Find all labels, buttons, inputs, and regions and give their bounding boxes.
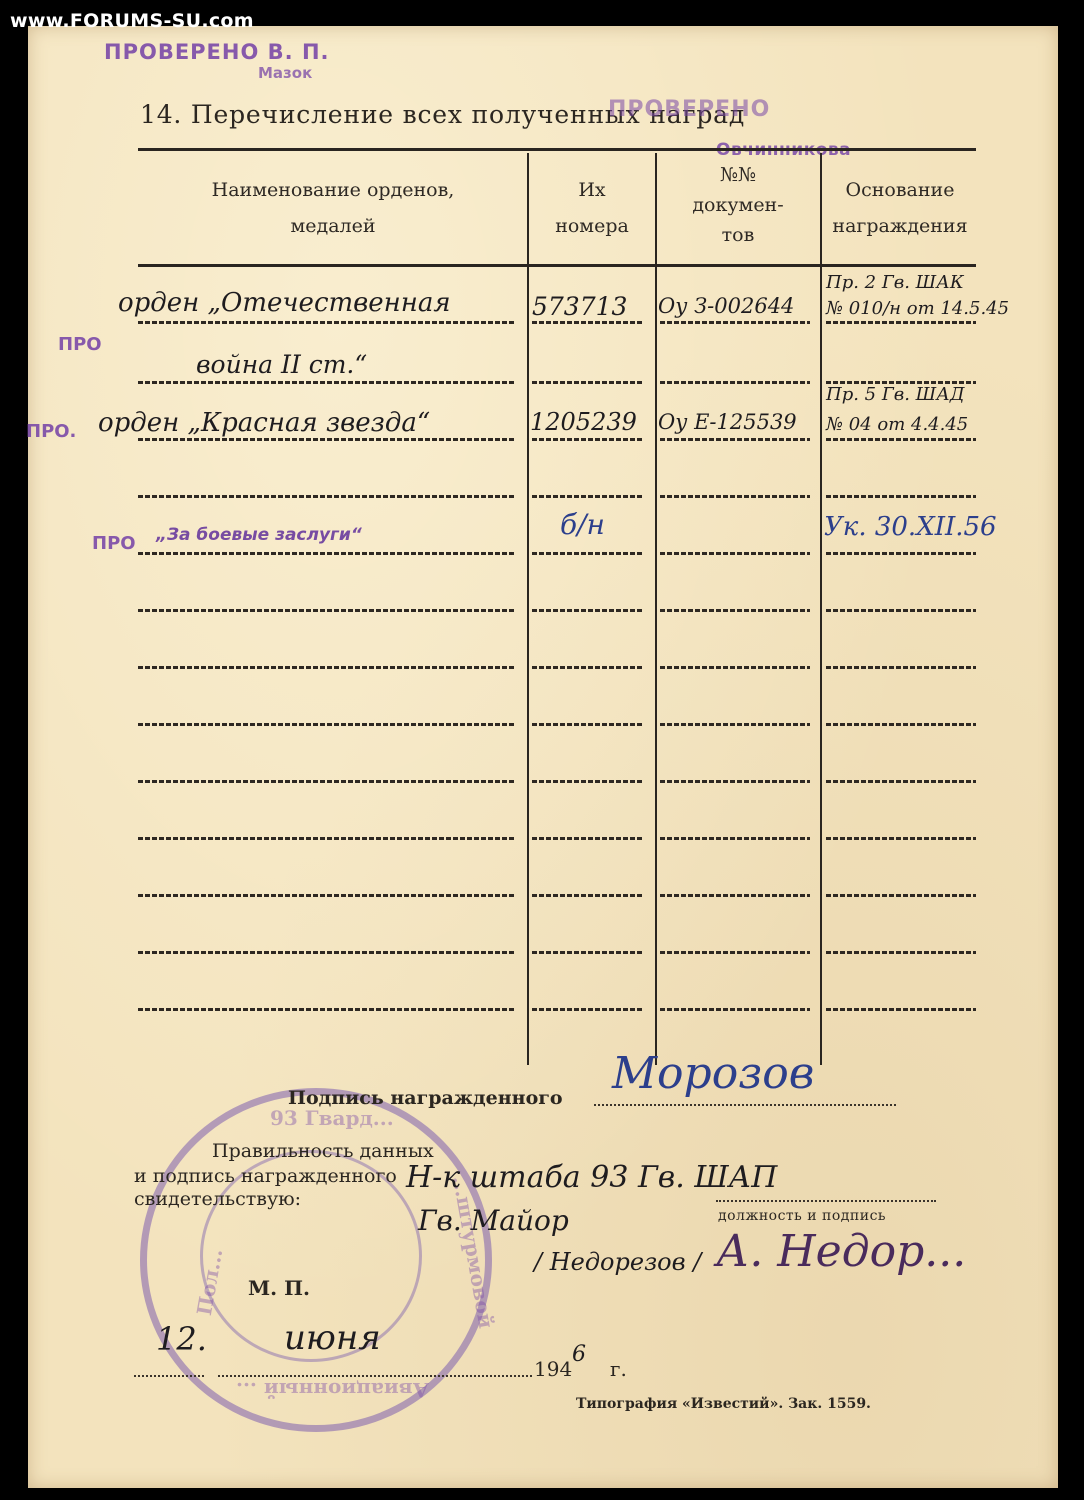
recipient-signature-line — [594, 1104, 896, 1106]
officer-position-line2: Гв. Майор — [418, 1204, 569, 1237]
header-award-number-line2: номера — [530, 208, 654, 244]
award-2-name: орден „Красная звезда“ — [98, 408, 430, 438]
award-2-basis-line2: № 04 от 4.4.45 — [826, 414, 968, 435]
date-month: июня — [284, 1318, 381, 1358]
verified-stamp-right: ПРОВЕРЕНО — [608, 97, 770, 122]
award-1-name: орден „Отечественная — [118, 288, 451, 318]
officer-signature: А. Недор... — [716, 1226, 966, 1277]
recipient-signature: Морозов — [612, 1048, 814, 1099]
officer-position-line — [716, 1200, 936, 1202]
verified-stamp-left-name: Мазок — [258, 64, 312, 82]
award-2-document: Оу Е-125539 — [658, 410, 797, 434]
award-3-name-stamp: „За боевые заслуги“ — [156, 525, 362, 545]
margin-stamp-2: ПРО. — [26, 421, 76, 442]
award-1-name-continued: война II ст.“ — [196, 350, 367, 379]
award-3-number: б/н — [560, 508, 605, 541]
round-seal-top-text: 93 Гвард... — [270, 1106, 394, 1130]
award-1-document: Оу З-002644 — [658, 294, 794, 318]
verified-stamp-left: ПРОВЕРЕНО В. П. — [104, 40, 330, 64]
header-award-name: Наименование орденов, медалей — [140, 172, 526, 244]
header-award-number-line1: Их — [530, 172, 654, 208]
award-2-basis-line1: Пр. 5 Гв. ШАД — [826, 384, 964, 405]
recipient-signature-label: Подпись награжденного — [288, 1087, 563, 1109]
date-month-line — [218, 1375, 532, 1377]
date-year-suffix: 6 — [572, 1342, 586, 1367]
header-document-number-line2: докумен- — [658, 190, 818, 220]
round-seal-bottom-text: Авиационный ... — [236, 1378, 429, 1402]
header-award-number: Их номера — [530, 172, 654, 244]
date-day: 12. — [156, 1320, 207, 1358]
header-document-number-line3: тов — [658, 220, 818, 250]
award-3-basis: Ук. 30.XII.56 — [824, 512, 997, 542]
certify-line-3: свидетельствую: — [134, 1188, 301, 1210]
date-year-prefix: 194 — [534, 1357, 572, 1381]
award-2-number: 1205239 — [530, 408, 637, 436]
margin-stamp-1: ПРО — [58, 334, 102, 355]
printer-imprint: Типография «Известий». Зак. 1559. — [576, 1396, 871, 1412]
column-divider-2 — [655, 153, 657, 1065]
certify-line-1: Правильность данных — [212, 1140, 434, 1162]
award-1-basis-line1: Пр. 2 Гв. ШАК — [826, 272, 964, 293]
officer-position-line1: Н-к штаба 93 Гв. ШАП — [406, 1160, 777, 1195]
column-divider-1 — [527, 153, 529, 1065]
header-award-name-line1: Наименование орденов, — [140, 172, 526, 208]
header-award-basis-line2: награждения — [822, 208, 978, 244]
award-1-number: 573713 — [532, 292, 627, 321]
header-document-number: №№ докумен- тов — [658, 160, 818, 250]
table-header-rule — [138, 264, 976, 267]
table-top-rule — [138, 148, 976, 151]
award-1-basis-line2: № 010/н от 14.5.45 — [826, 298, 1009, 319]
officer-name: / Недорезов / — [534, 1248, 701, 1276]
column-divider-3 — [820, 153, 822, 1065]
seal-placeholder-label: М. П. — [248, 1276, 310, 1300]
header-award-basis-line1: Основание — [822, 172, 978, 208]
header-document-number-line1: №№ — [658, 160, 818, 190]
header-award-basis: Основание награждения — [822, 172, 978, 244]
date-day-line — [134, 1375, 204, 1377]
certify-line-2: и подпись награжденного — [134, 1165, 397, 1187]
date-year-unit: г. — [610, 1357, 627, 1381]
officer-position-caption: должность и подпись — [718, 1208, 886, 1224]
site-watermark: www.FORUMS-SU.com — [10, 10, 254, 32]
header-award-name-line2: медалей — [140, 208, 526, 244]
margin-stamp-3: ПРО — [92, 533, 136, 554]
